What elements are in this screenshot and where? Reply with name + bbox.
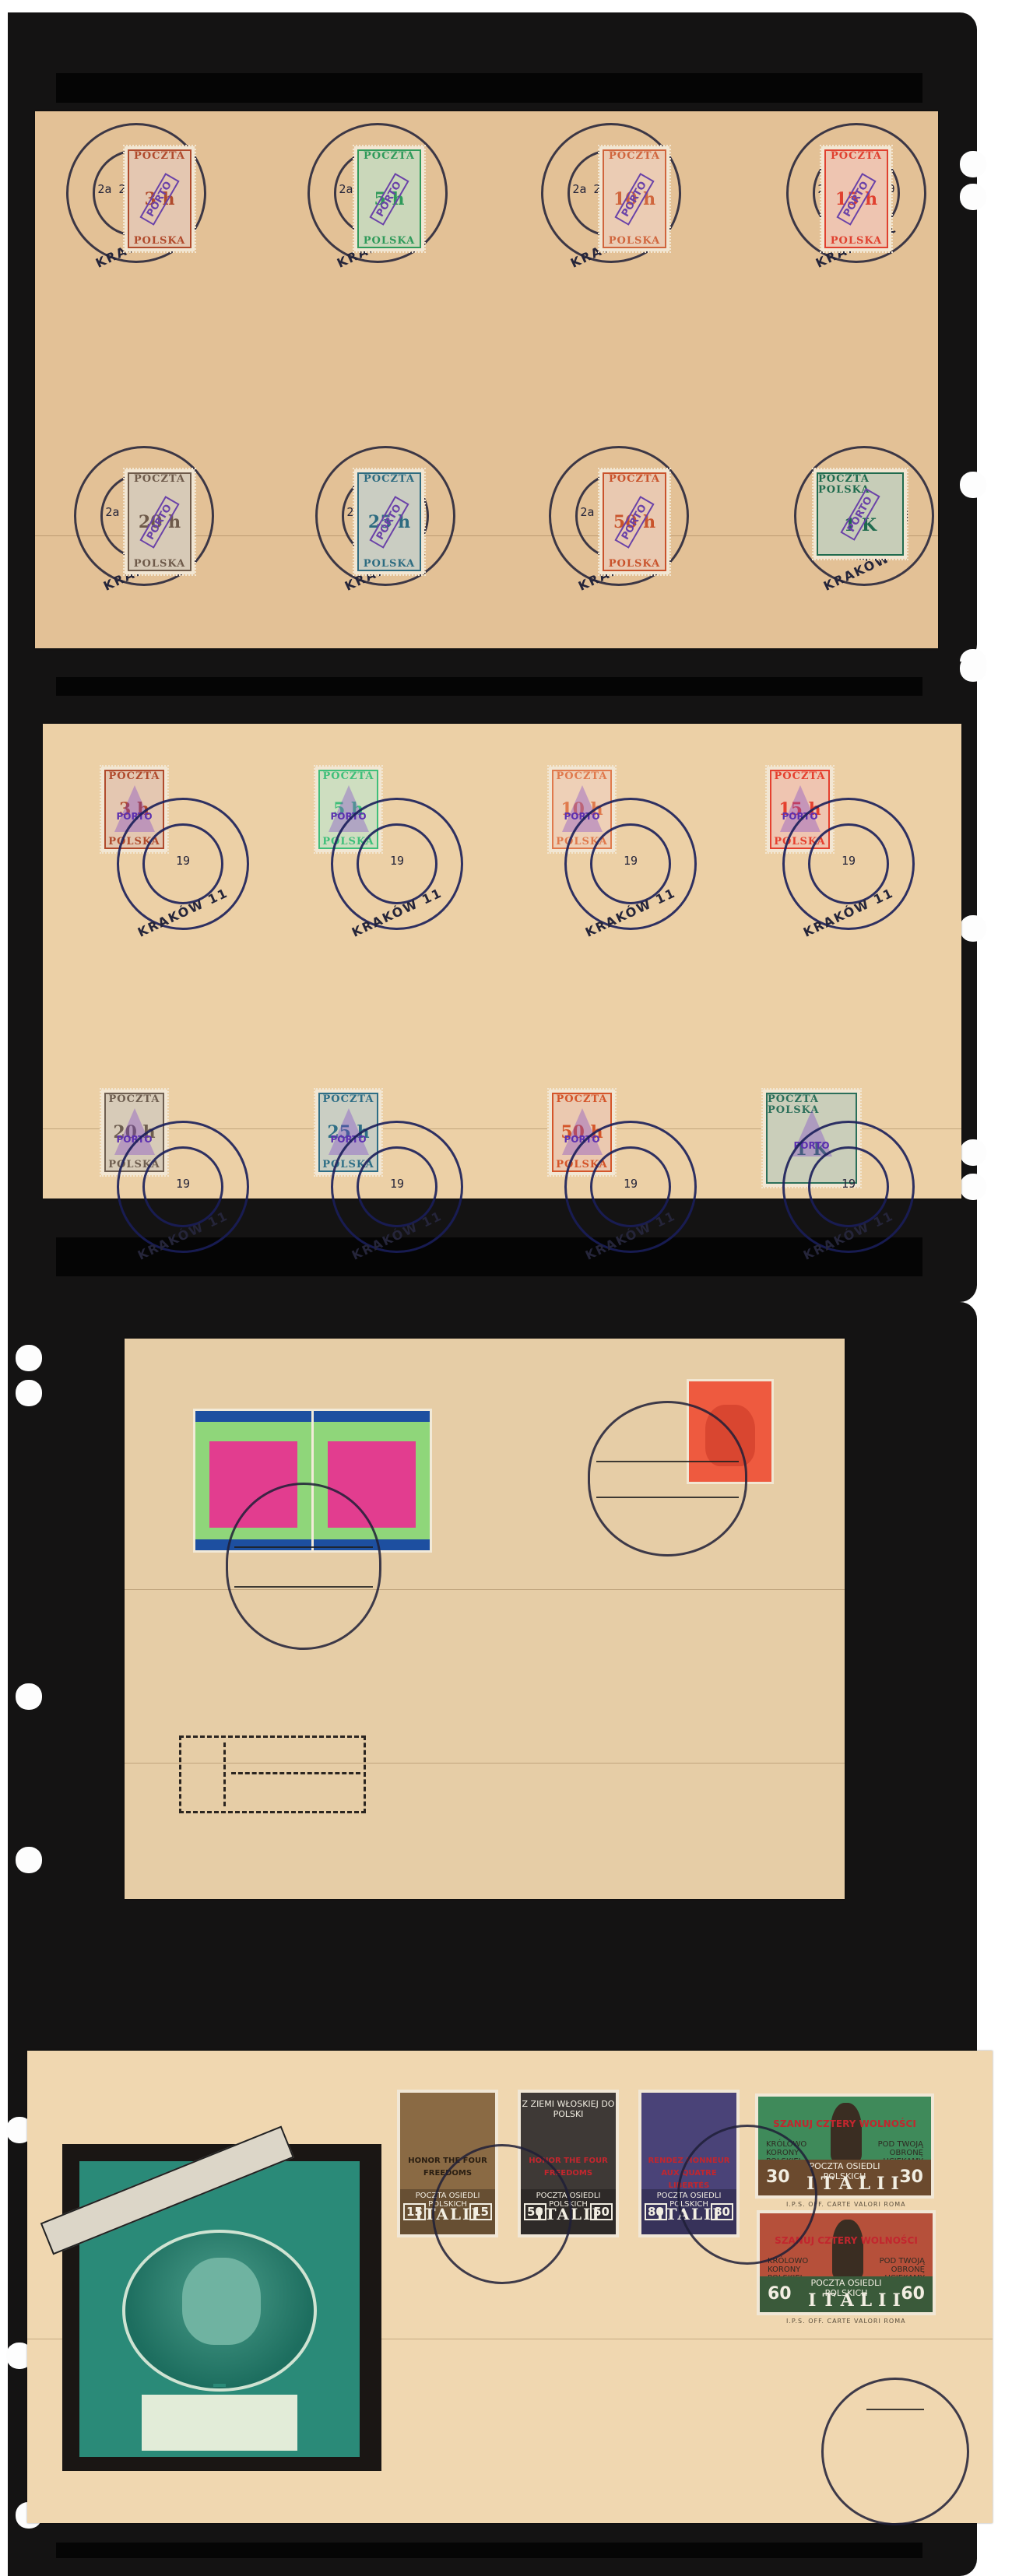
stamp-value: 60	[768, 2284, 792, 2304]
porto-overprint: PORTO	[116, 1134, 152, 1145]
stamp-header: Z ZIEMI WŁOSKIEJ DO POLSKI	[521, 2099, 616, 2119]
postmark-town: KRAKÓW 11	[570, 879, 692, 946]
stamp-country-text: POCZTA	[109, 771, 160, 782]
stamp-italy-text: ITALII	[806, 2174, 883, 2194]
stamp-country-text: POLSKA	[556, 1160, 608, 1170]
stamp-overprint: RENDEZ HONNEUR AUX QUATRE LIBERTÉS	[645, 2155, 733, 2192]
stamp-country-text: POLSKA	[609, 236, 661, 247]
punch-hole	[960, 1174, 986, 1200]
stamp: POCZTA10 hPOLSKAPORTO	[599, 146, 669, 251]
stamp-country-text: POLSKA	[831, 236, 883, 247]
postmark-date: 19	[333, 854, 461, 868]
stamp-country-text: POLSKA	[108, 1160, 160, 1170]
stamp: POCZTA5 hPOLSKAPORTO	[315, 767, 381, 852]
stamp-design: POCZTA10 hPOLSKAPORTO	[603, 149, 666, 248]
stamp-italy-text: ITALII	[808, 2290, 884, 2311]
punch-hole	[960, 472, 986, 498]
stamp: POCZTA50 hPOLSKAPORTO	[549, 1090, 615, 1175]
stamp-country-text: POCZTA	[109, 1094, 160, 1105]
stamp-country-text: POCZTA	[831, 151, 882, 162]
portrait-face	[182, 2258, 262, 2345]
cachet-container	[62, 2144, 381, 2471]
stamp-picture	[328, 1441, 416, 1528]
printer-imprint: I.P.S. OFF. CARTE VALORI ROMA	[786, 2318, 906, 2325]
porto-overprint: PORTO	[782, 811, 817, 822]
punch-hole	[960, 184, 986, 210]
stamp-design: POCZTA15 hPOLSKAPORTO	[770, 770, 830, 849]
stamp-value: 30	[766, 2167, 790, 2187]
stamp-design: POCZTA3 hPOLSKAPORTO	[104, 770, 164, 849]
emboss-made-in-england	[23, 2553, 961, 2565]
punch-hole	[16, 1683, 42, 1710]
stamp-country-text: POCZTA	[557, 771, 608, 782]
stamp: POCZTA5 hPOLSKAPORTO	[354, 146, 424, 251]
punch-hole	[960, 915, 986, 942]
stamp-country-text: POCZTA	[134, 151, 185, 162]
stamp-country-text: POCZTA	[364, 151, 415, 162]
postmark-date: 19	[567, 854, 694, 868]
porto-overprint: PORTO	[564, 811, 599, 822]
italy-corps-stamp: HONOR THE FOUR FREEDOMS POCZTA OSIEDLI P…	[397, 2090, 498, 2237]
stamp-country-text: POCZTA	[134, 474, 185, 485]
cachet-year	[213, 2384, 226, 2387]
stamp-band	[314, 1539, 430, 1550]
stamp-country-text: POLSKA	[108, 837, 160, 848]
postmark-date: 19	[119, 1177, 247, 1191]
stamp-design: POCZTA POLSKA1 KPORTO	[766, 1093, 857, 1184]
stamp: POCZTA50 hPOLSKAPORTO	[599, 469, 669, 574]
stamp-value: 30	[899, 2167, 923, 2187]
stamp-design: POCZTA50 hPOLSKAPORTO	[603, 472, 666, 571]
stamp-design: POCZTA10 hPOLSKAPORTO	[552, 770, 612, 849]
italy-corps-madonna-stamp: SZANUJ CZTERY WOLNOŚCI KRÓLOWO KORONY PO…	[757, 2210, 936, 2315]
album-page-4: HONOR THE FOUR FREEDOMS POCZTA OSIEDLI P…	[8, 1981, 977, 2576]
stamp: POCZTA15 hPOLSKAPORTO	[767, 767, 833, 852]
stamp-design: POCZTA3 hPOLSKAPORTO	[128, 149, 192, 248]
punch-hole	[16, 1847, 42, 1873]
stamp-value: 60	[901, 2284, 925, 2304]
doplata-stamp	[311, 1409, 432, 1553]
porto-overprint: PORTO	[116, 811, 152, 822]
stamp: POCZTA POLSKA1 KPORTO	[763, 1090, 860, 1187]
stamp-card: POCZTA3 hPOLSKAPORTO19KRAKÓW 11POCZTA5 h…	[43, 724, 961, 1199]
stamp: POCZTA20 hPOLSKAPORTO	[125, 469, 195, 574]
postmark-town: KRAKÓW 11	[336, 879, 459, 946]
punch-hole	[16, 1380, 42, 1406]
postmark-date: 19	[567, 1177, 694, 1191]
doplata-stamp	[193, 1409, 314, 1553]
stamp-design: POCZTA POLSKA1 KPORTO	[817, 472, 904, 556]
stamp-country-text: POCZTA	[557, 1094, 608, 1105]
stamp-footer: 60 POCZTA OSIEDLI POLSKICH ITALII 60	[760, 2276, 933, 2312]
card-fold	[125, 1589, 845, 1590]
stamp-country-text: POLSKA	[556, 837, 608, 848]
stamp-country-text: POCZTA	[609, 151, 660, 162]
stamp-band-text	[195, 1411, 311, 1422]
album-page-2: POCZTA3 hPOLSKAPORTO19KRAKÓW 11POCZTA5 h…	[8, 662, 977, 1302]
cachet-plaque	[142, 2395, 297, 2451]
stamp-picture	[209, 1441, 297, 1528]
stamp-value: 15	[469, 2203, 492, 2220]
stamp-design: POCZTA25 hPOLSKAPORTO	[357, 472, 421, 571]
registration-letter	[186, 1742, 226, 1806]
registration-label	[179, 1735, 366, 1813]
stamp-overprint: SZANUJ CZTERY WOLNOŚCI	[758, 2118, 931, 2129]
stamp-design: POCZTA25 hPOLSKAPORTO	[318, 1093, 378, 1172]
postmark-date: 19	[333, 1177, 461, 1191]
porto-overprint: PORTO	[330, 811, 366, 822]
postmark	[821, 2378, 969, 2525]
triangle-overprint	[114, 785, 155, 832]
stamp-overprint: HONOR THE FOUR FREEDOMS	[524, 2155, 613, 2180]
stamp-card: 2a 23.VI.19KRAKÓW 1POCZTA3 hPOLSKAPORTO2…	[35, 111, 938, 648]
stamp-value: 50	[590, 2203, 613, 2220]
stamp-country-text: POCZTA	[323, 1094, 374, 1105]
stamp-band-text	[314, 1411, 430, 1422]
first-day-cover: HONOR THE FOUR FREEDOMS POCZTA OSIEDLI P…	[27, 2051, 993, 2523]
stamp-country-text: POCZTA	[775, 771, 826, 782]
king-portrait	[705, 1405, 755, 1466]
stamp-design: POCZTA20 hPOLSKAPORTO	[128, 472, 192, 571]
stamp: POCZTA25 hPOLSKAPORTO	[354, 469, 424, 574]
stamp-country-text: POLSKA	[134, 559, 186, 570]
madonna-icon	[832, 2220, 863, 2277]
stamp-country-text: POLSKA	[322, 837, 374, 848]
stamp-footer: POCZTA OSIEDLI POLSKICH 15 ITALII 15	[400, 2189, 495, 2234]
stamp: POCZTA3 hPOLSKAPORTO	[101, 767, 167, 852]
punch-hole	[960, 151, 986, 177]
triangle-overprint	[780, 785, 820, 832]
stamp-footer: POCZTA OSIEDLI POLSKICH 50 ITALII 50	[521, 2189, 616, 2234]
punch-hole	[960, 655, 986, 682]
stamp-overprint: HONOR THE FOUR FREEDOMS	[403, 2155, 492, 2180]
stamp: POCZTA10 hPOLSKAPORTO	[549, 767, 615, 852]
postmark-date: 19	[785, 854, 912, 868]
porto-overprint: PORTO	[564, 1134, 599, 1145]
stamp-country-text: POLSKA	[322, 1160, 374, 1170]
postmark-town: KRAKÓW 11	[788, 879, 910, 946]
stamp: POCZTA25 hPOLSKAPORTO	[315, 1090, 381, 1175]
album-strip	[56, 73, 922, 103]
album-strip	[56, 677, 922, 696]
stamp-footer: 30 POCZTA OSIEDLI POLSKICH ITALII 30	[758, 2160, 931, 2195]
printer-imprint: I.P.S. OFF. CARTE VALORI ROMA	[786, 2201, 906, 2208]
postmark-town: KRAKÓW 11	[122, 879, 244, 946]
triangle-overprint	[562, 1108, 603, 1155]
stamp-country-text: POCZTA	[364, 474, 415, 485]
stamp: POCZTA15 hPOLSKAPORTO	[821, 146, 891, 251]
porto-overprint: PORTO	[793, 1140, 829, 1151]
stamp-country-text: POLSKA	[774, 837, 826, 848]
registration-office	[231, 1742, 360, 1774]
postmark-date: 19	[119, 854, 247, 868]
stamp-country-text: POCZTA	[323, 771, 374, 782]
stamp-country-text: POLSKA	[609, 559, 661, 570]
stamp-country-text: POLSKA	[134, 236, 186, 247]
stamp: POCZTA POLSKA1 KPORTO	[813, 469, 907, 559]
triangle-overprint	[562, 785, 603, 832]
stamp-band	[195, 1539, 311, 1550]
stamp-country-text: POCZTA	[609, 474, 660, 485]
italy-corps-madonna-stamp: SZANUJ CZTERY WOLNOŚCI KRÓLOWO KORONY PO…	[755, 2093, 934, 2199]
italy-corps-stamp: RENDEZ HONNEUR AUX QUATRE LIBERTÉS POCZT…	[638, 2090, 740, 2237]
triangle-overprint	[329, 785, 369, 832]
stamp-country-text: POLSKA	[364, 559, 416, 570]
punch-hole	[960, 1139, 986, 1166]
stamp-design: POCZTA15 hPOLSKAPORTO	[824, 149, 888, 248]
stamp-country-text: POLSKA	[364, 236, 416, 247]
triangle-overprint	[114, 1108, 155, 1155]
album-page-3	[8, 1302, 977, 1981]
album-strip	[56, 1237, 922, 1276]
portrait-roosevelt	[122, 2230, 317, 2392]
stamp-value: 80	[711, 2203, 733, 2220]
stamp-country-text: POCZTA POLSKA	[818, 474, 902, 496]
triangle-overprint	[329, 1108, 369, 1155]
stamp: POCZTA20 hPOLSKAPORTO	[101, 1090, 167, 1175]
punch-hole	[16, 1345, 42, 1371]
cover-envelope	[125, 1339, 845, 1899]
stamp: POCZTA3 hPOLSKAPORTO	[125, 146, 195, 251]
madonna-icon	[831, 2103, 862, 2160]
stamp-footer: POCZTA OSIEDLI POLSKICH 80 ITALII 80	[641, 2189, 736, 2234]
stamp-design: POCZTA5 hPOLSKAPORTO	[357, 149, 421, 248]
stamp-design: POCZTA20 hPOLSKAPORTO	[104, 1093, 164, 1172]
stamp-design: POCZTA5 hPOLSKAPORTO	[318, 770, 378, 849]
italy-corps-stamp: Z ZIEMI WŁOSKIEJ DO POLSKI HONOR THE FOU…	[518, 2090, 619, 2237]
album-page-1: 2a 23.VI.19KRAKÓW 1POCZTA3 hPOLSKAPORTO2…	[8, 12, 977, 662]
porto-overprint: PORTO	[330, 1134, 366, 1145]
stamp-design: POCZTA50 hPOLSKAPORTO	[552, 1093, 612, 1172]
gb-stamp	[687, 1379, 774, 1484]
stamp-overprint: SZANUJ CZTERY WOLNOŚCI	[760, 2235, 933, 2246]
